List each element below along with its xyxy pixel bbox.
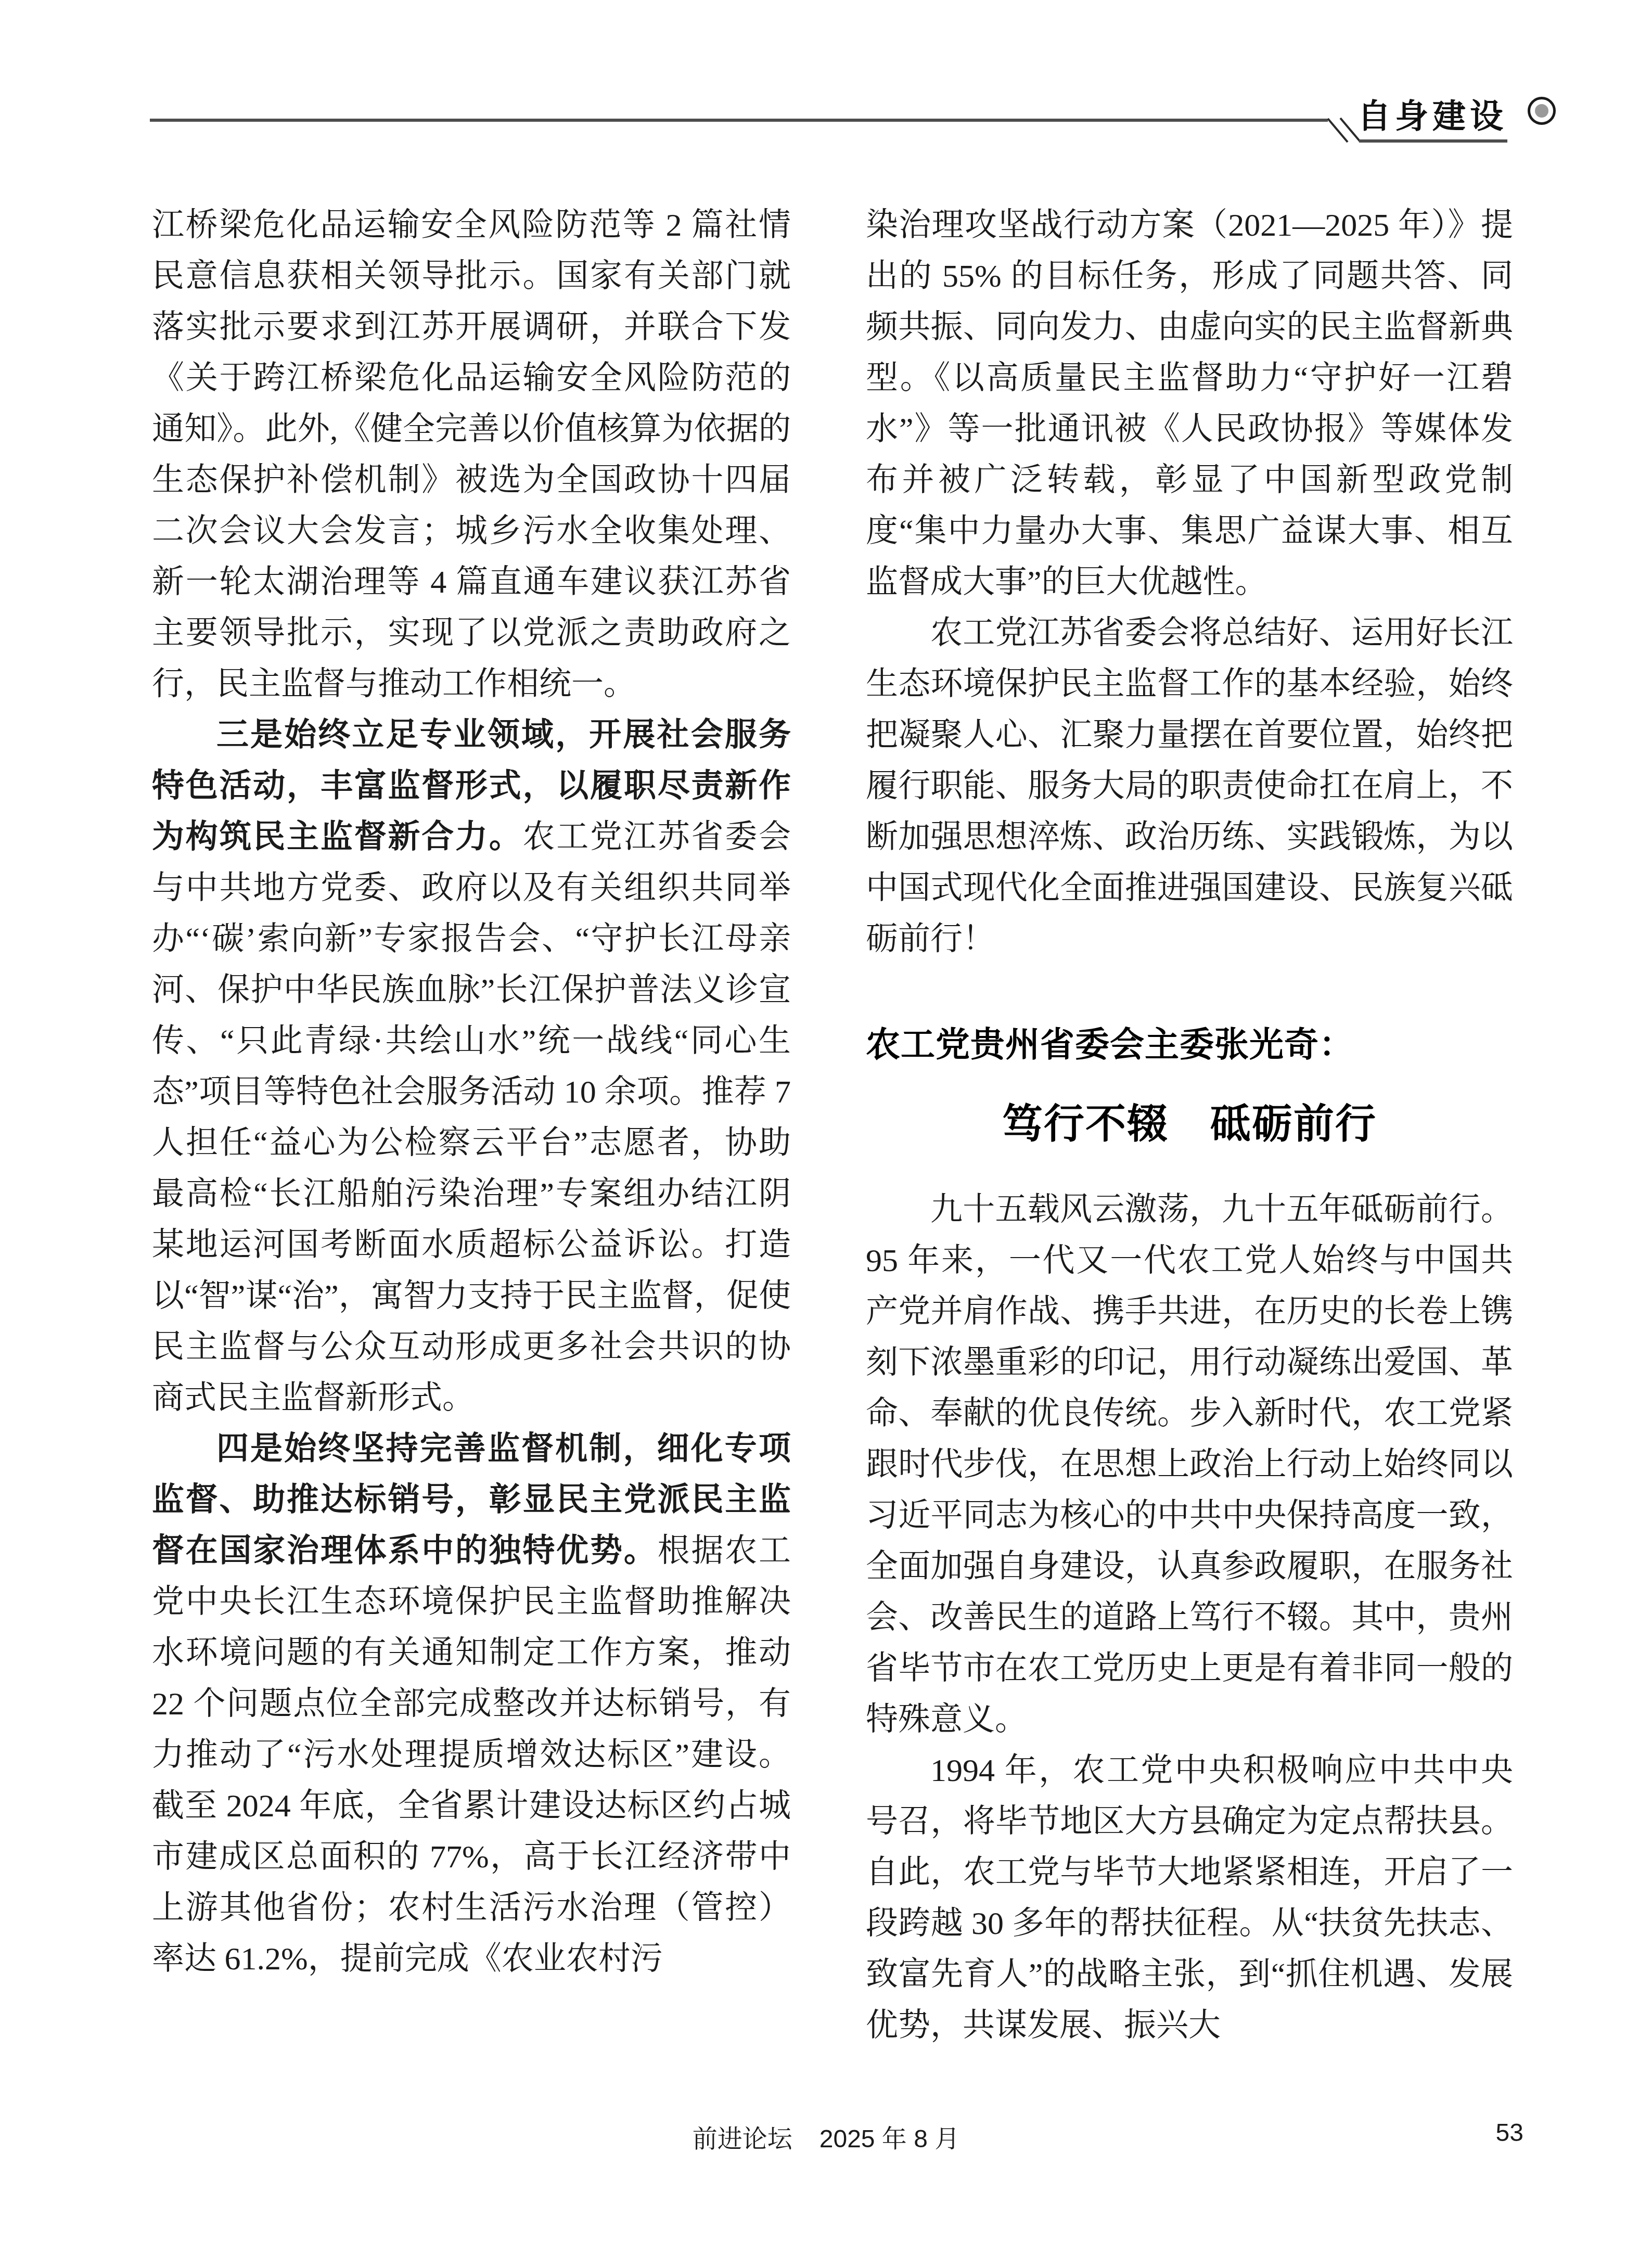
paragraph: 染治理攻坚战行动方案（2021—2025 年）》提出的 55% 的目标任务，形成… xyxy=(866,200,1513,608)
paragraph: 四是始终坚持完善监督机制，细化专项监督、助推达标销号，彰显民主党派民主监督在国家… xyxy=(152,1424,791,1984)
paragraph-text: 根据农工党中央长江生态环境保护民主监督助推解决水环境问题的有关通知制定工作方案，… xyxy=(152,1533,791,1977)
page-number: 53 xyxy=(1496,2119,1523,2147)
paragraph-text: 农工党江苏省委会将总结好、运用好长江生态环境保护民主监督工作的基本经验，始终把凝… xyxy=(866,616,1513,957)
article-title: 笃行不辍 砥砺前行 xyxy=(866,1098,1513,1150)
paragraph-text: 农工党江苏省委会与中共地方党委、政府以及有关组织共同举办“‘碳’索向新”专家报告… xyxy=(152,819,791,1416)
paragraph: 1994 年，农工党中央积极响应中共中央号召，将毕节地区大方县确定为定点帮扶县。… xyxy=(866,1745,1513,2051)
text-column-right: 染治理攻坚战行动方案（2021—2025 年）》提出的 55% 的目标任务，形成… xyxy=(866,200,1513,2051)
paragraph: 江桥梁危化品运输安全风险防范等 2 篇社情民意信息获相关领导批示。国家有关部门就… xyxy=(152,200,791,710)
issue-date: 2025 年 8 月 xyxy=(819,2125,960,2153)
section-heading: 农工党贵州省委会主委张光奇： xyxy=(866,1022,1513,1067)
section-bullet-icon xyxy=(1528,97,1556,125)
bullet-dot-icon xyxy=(1535,104,1548,118)
paragraph: 农工党江苏省委会将总结好、运用好长江生态环境保护民主监督工作的基本经验，始终把凝… xyxy=(866,608,1513,965)
page-footer: 前进论坛2025 年 8 月 xyxy=(0,2119,1652,2155)
paragraph: 九十五载风云激荡，九十五年砥砺前行。95 年来，一代又一代农工党人始终与中国共产… xyxy=(866,1184,1513,1745)
section-label: 自身建设 xyxy=(1358,89,1507,137)
paragraph-text: 染治理攻坚战行动方案（2021—2025 年）》提出的 55% 的目标任务，形成… xyxy=(866,208,1513,600)
header-rule xyxy=(0,0,1652,177)
paragraph-text: 九十五载风云激荡，九十五年砥砺前行。95 年来，一代又一代农工党人始终与中国共产… xyxy=(866,1192,1513,1737)
journal-name: 前进论坛 xyxy=(693,2125,792,2153)
text-column-left: 江桥梁危化品运输安全风险防范等 2 篇社情民意信息获相关领导批示。国家有关部门就… xyxy=(152,200,791,1984)
paragraph: 三是始终立足专业领域，开展社会服务特色活动，丰富监督形式，以履职尽责新作为构筑民… xyxy=(152,710,791,1424)
paragraph-text: 1994 年，农工党中央积极响应中共中央号召，将毕节地区大方县确定为定点帮扶县。… xyxy=(866,1753,1513,2043)
paragraph-text: 江桥梁危化品运输安全风险防范等 2 篇社情民意信息获相关领导批示。国家有关部门就… xyxy=(152,208,791,702)
